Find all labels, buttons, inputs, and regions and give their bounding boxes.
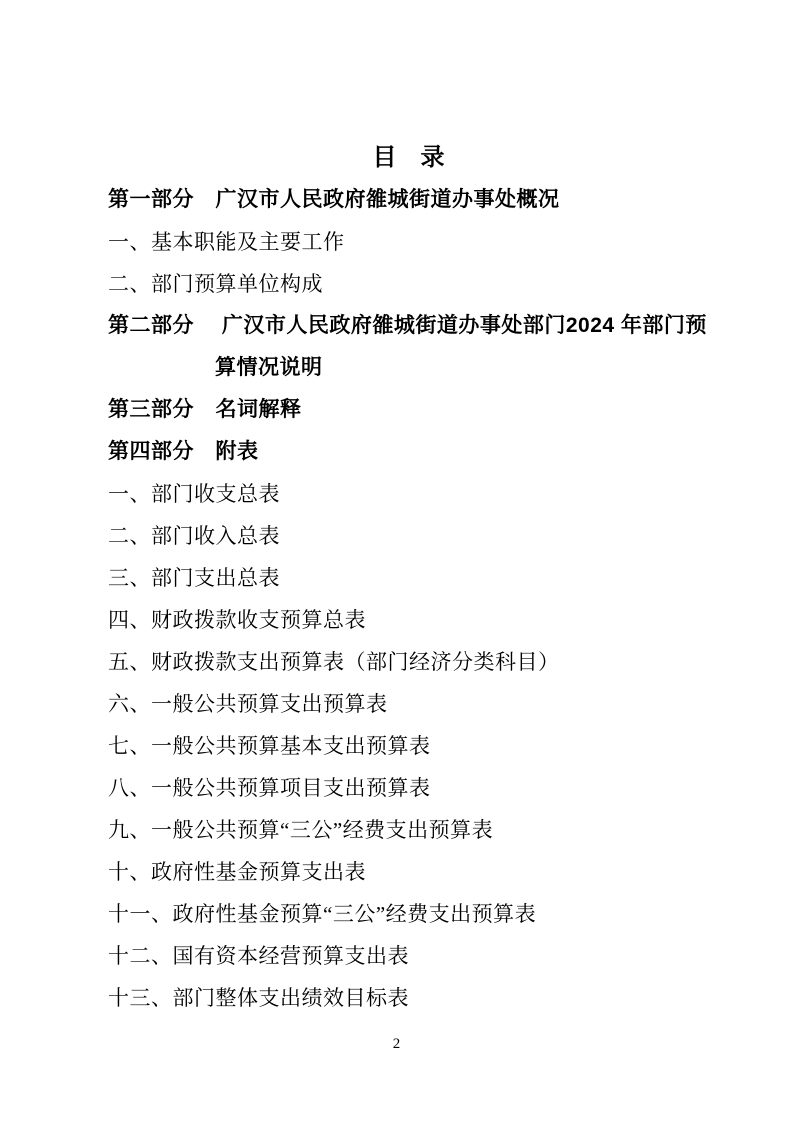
toc-part-heading-2: 第二部分 广汉市人民政府雒城街道办事处部门2024 年部门预 bbox=[108, 305, 709, 347]
page-number: 2 bbox=[0, 1036, 793, 1053]
toc-item: 四、财政拨款收支预算总表 bbox=[108, 599, 709, 641]
toc-item: 五、财政拨款支出预算表（部门经济分类科目） bbox=[108, 641, 709, 683]
toc-item: 十三、部门整体支出绩效目标表 bbox=[108, 977, 709, 1019]
toc-item: 十二、国有资本经营预算支出表 bbox=[108, 935, 709, 977]
toc-item: 十、政府性基金预算支出表 bbox=[108, 851, 709, 893]
toc-item: 二、部门预算单位构成 bbox=[108, 263, 709, 305]
toc-item: 九、一般公共预算“三公”经费支出预算表 bbox=[108, 809, 709, 851]
toc-part-heading-2-continuation: 算情况说明 bbox=[108, 347, 709, 389]
toc-item: 六、一般公共预算支出预算表 bbox=[108, 683, 709, 725]
toc-item: 八、一般公共预算项目支出预算表 bbox=[108, 767, 709, 809]
toc-item: 三、部门支出总表 bbox=[108, 557, 709, 599]
toc-item: 七、一般公共预算基本支出预算表 bbox=[108, 725, 709, 767]
toc-item: 一、部门收支总表 bbox=[108, 473, 709, 515]
toc-item: 二、部门收入总表 bbox=[108, 515, 709, 557]
toc-part-heading-1: 第一部分 广汉市人民政府雒城街道办事处概况 bbox=[108, 179, 709, 221]
toc-content: 目 录 第一部分 广汉市人民政府雒城街道办事处概况 一、基本职能及主要工作 二、… bbox=[0, 0, 793, 1019]
toc-part-heading-3: 第三部分 名词解释 bbox=[108, 389, 709, 431]
document-page: 目 录 第一部分 广汉市人民政府雒城街道办事处概况 一、基本职能及主要工作 二、… bbox=[0, 0, 793, 1122]
toc-item: 十一、政府性基金预算“三公”经费支出预算表 bbox=[108, 893, 709, 935]
toc-part-heading-4: 第四部分 附表 bbox=[108, 431, 709, 473]
page-title: 目 录 bbox=[108, 137, 709, 179]
toc-item: 一、基本职能及主要工作 bbox=[108, 221, 709, 263]
